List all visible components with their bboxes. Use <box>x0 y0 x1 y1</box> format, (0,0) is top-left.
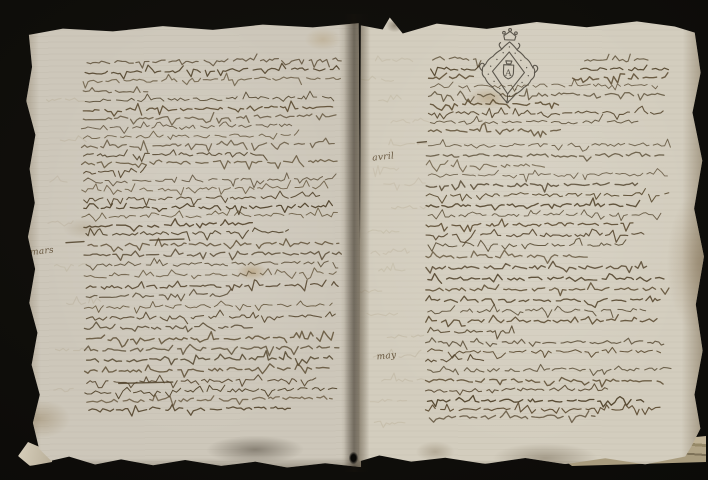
left-page: mars <box>23 17 361 475</box>
margin-note-may: may <box>376 351 397 363</box>
handwriting-right <box>355 11 705 474</box>
handwriting-left <box>23 17 361 475</box>
manuscript-photo: mars <box>0 0 708 480</box>
wormhole <box>349 452 358 464</box>
right-page: A avril may <box>355 11 705 474</box>
